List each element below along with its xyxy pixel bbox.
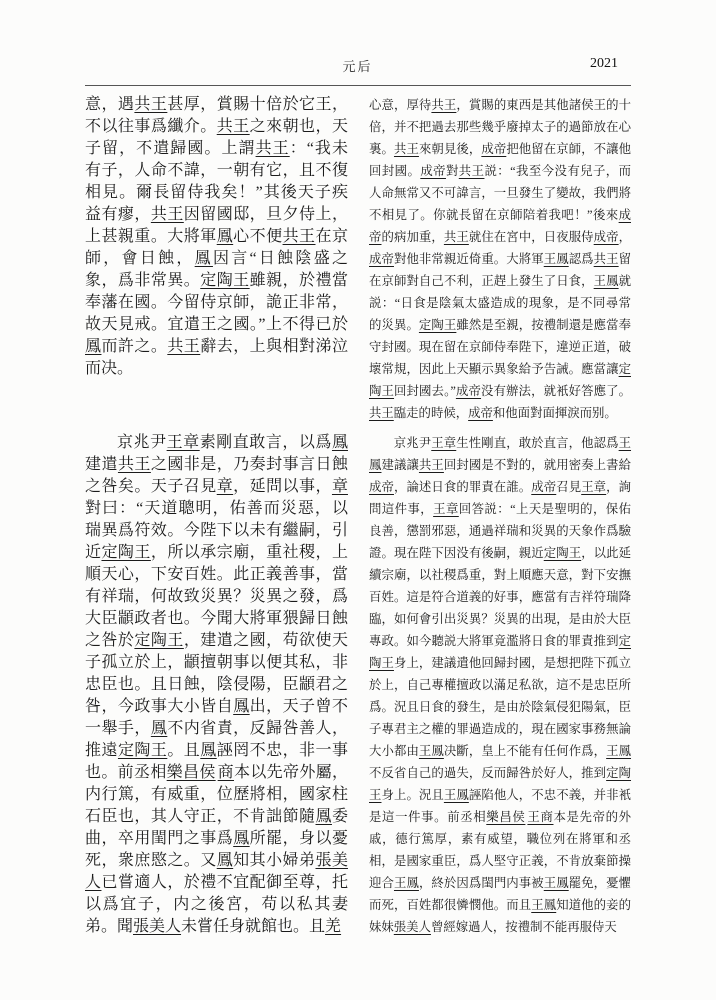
text-run: 臨走的時候，: [394, 406, 468, 420]
text-run: 對: [446, 164, 459, 178]
proper-noun-underlined: 王章: [433, 502, 459, 516]
proper-noun-underlined: 定陶王: [101, 544, 150, 561]
text-run: 京兆尹: [117, 434, 167, 451]
text-run: 對他非常親近倚重。大將軍: [394, 252, 544, 266]
text-run: 召見: [556, 480, 581, 494]
proper-noun-underlined: 章: [332, 478, 348, 495]
text-run: 回封國是不對的，就用密奏上書給: [444, 458, 631, 472]
proper-noun-underlined: 王商: [527, 810, 553, 824]
proper-noun-underlined: 張美人: [133, 918, 181, 935]
proper-noun-underlined: 成帝: [456, 384, 481, 398]
proper-noun-underlined: 共王: [369, 406, 394, 420]
text-run: 的病加重，: [381, 230, 443, 244]
text-run: 知其小婦弟: [233, 852, 315, 869]
text-run: 。且: [167, 742, 200, 759]
text-run: 回封國去。”: [394, 384, 456, 398]
text-run: 不反省自己的過失，反而歸咎於好人，推到: [369, 766, 606, 780]
proper-noun-underlined: 王章: [581, 480, 606, 494]
proper-noun-underlined: 王鳳: [531, 898, 556, 912]
proper-noun-underlined: 共王: [256, 140, 290, 157]
book-page: 元后 2021 意，遇共王甚厚，賞賜十倍於它王，不以往事爲纖介。共王之來朝也，天…: [0, 0, 716, 1000]
proper-noun-underlined: 共王: [217, 118, 250, 135]
page-number: 2021: [590, 56, 618, 72]
proper-noun-underlined: 共王: [459, 164, 485, 178]
proper-noun-underlined: 鳳: [233, 830, 249, 847]
proper-noun-underlined: 共王: [431, 98, 456, 112]
proper-noun-underlined: 王鳳: [606, 744, 631, 758]
proper-noun-underlined: 王鳳: [544, 876, 569, 890]
proper-noun-underlined: 共王: [444, 230, 469, 244]
two-column-text-body: 意，遇共王甚厚，賞賜十倍於它王，不以往事爲纖介。共王之來朝也，天子留，不遣歸國。…: [85, 94, 631, 938]
proper-noun-underlined: 鳳: [151, 720, 167, 737]
text-run: 曾經嫁過人，按禮制不能再服侍天: [431, 920, 617, 934]
proper-noun-underlined: 商: [218, 764, 234, 781]
header-rule: [85, 85, 631, 86]
proper-noun-underlined: 鳳: [195, 250, 213, 267]
proper-noun-underlined: 共王: [134, 96, 167, 113]
proper-noun-underlined: 王章: [431, 436, 456, 450]
text-run: 没有辦法，就衹好答應了。: [481, 384, 631, 398]
translation-paragraph-2: 京兆尹王章生性剛直，敢於直言，他認爲王鳳建議讓共王回封國是不對的，就用密奏上書給…: [369, 432, 631, 938]
proper-noun-underlined: 共王: [167, 338, 200, 355]
text-run: 意，遇: [85, 96, 134, 113]
proper-noun-underlined: 共王: [394, 142, 419, 156]
proper-noun-underlined: 共王: [118, 456, 151, 473]
proper-noun-underlined: 王章: [167, 434, 200, 451]
proper-noun-underlined: 章: [217, 478, 233, 495]
page-header: 元后 2021: [85, 56, 630, 78]
proper-noun-underlined: 王鳳: [594, 274, 619, 288]
text-run: 生性剛直，敢於直言，他認爲: [456, 436, 618, 450]
text-run: 和他面對面揮淚而别。: [493, 406, 617, 420]
classical-paragraph-1: 意，遇共王甚厚，賞賜十倍於它王，不以往事爲纖介。共王之來朝也，天子留，不遣歸國。…: [85, 94, 348, 424]
text-run: ，終於因爲閨門内事被: [419, 876, 544, 890]
text-run: 認爲: [569, 252, 594, 266]
text-run: ，論述日食的罪責在誰。: [394, 480, 531, 494]
proper-noun-underlined: 羌: [325, 918, 341, 935]
proper-noun-underlined: 共王: [151, 206, 184, 223]
classical-paragraph-2: 京兆尹王章素剛直敢言，以爲鳳建遣共王之國非是，乃奏封事言日蝕之咎矣。天子召見章，…: [85, 432, 348, 938]
proper-noun-underlined: 定陶王: [200, 272, 249, 289]
text-run: 建遣: [85, 456, 118, 473]
proper-noun-underlined: 王鳳: [444, 788, 469, 802]
proper-noun-underlined: 樂昌侯: [486, 810, 525, 824]
proper-noun-underlined: 定陶王: [544, 546, 581, 560]
proper-noun-underlined: 鳳: [85, 338, 101, 355]
proper-noun-underlined: 王鳳: [394, 876, 419, 890]
proper-noun-underlined: 共王: [594, 252, 619, 266]
proper-noun-underlined: 定陶王: [134, 632, 183, 649]
proper-noun-underlined: 成帝: [594, 230, 619, 244]
text-run: ，以此延續宗廟，以社稷爲重，對上順應天意，對下安撫百姓。這是符合道義的好事，應當…: [369, 546, 631, 648]
proper-noun-underlined: 成帝: [468, 406, 493, 420]
proper-noun-underlined: 定陶王: [118, 742, 167, 759]
text-run: 身上，建議遣他回歸封國，是想把陛下孤立於上，自己專權擅政以滿足私欲，這不是忠臣所…: [369, 656, 631, 758]
proper-noun-underlined: 鳳: [233, 698, 249, 715]
text-run: 素剛直敢言，以爲: [200, 434, 332, 451]
text-run: 京兆尹: [394, 436, 431, 450]
text-run: ，: [619, 230, 631, 244]
text-run: ，延問以事，: [233, 478, 332, 495]
proper-noun-underlined: 成帝: [369, 480, 394, 494]
proper-noun-underlined: 成帝: [369, 252, 394, 266]
proper-noun-underlined: 成帝: [481, 142, 506, 156]
running-title: 元后: [85, 56, 630, 75]
proper-noun-underlined: 鳳: [217, 228, 233, 245]
text-run: 就住在宮中，日夜服侍: [469, 230, 594, 244]
proper-noun-underlined: 張美人: [394, 920, 431, 934]
translation-paragraph-1: 心意，厚待共王，賞賜的東西是其他諸侯王的十倍，并不把過去那些幾乎廢掉太子的過節放…: [369, 94, 631, 424]
text-run: 心不便: [233, 228, 282, 245]
proper-noun-underlined: 鳳: [200, 742, 216, 759]
text-run: 來朝見後，: [419, 142, 481, 156]
proper-noun-underlined: 王鳳: [544, 252, 569, 266]
proper-noun-underlined: 成帝: [420, 164, 446, 178]
text-run: 建議讓: [381, 458, 418, 472]
text-run: 未嘗任身就館也。且: [181, 918, 325, 935]
proper-noun-underlined: 共王: [419, 458, 444, 472]
text-run: 而許之。: [101, 338, 167, 355]
text-run: 心意，厚待: [369, 98, 431, 112]
proper-noun-underlined: 共王: [283, 228, 316, 245]
text-run: 决斷，皇上不能有任何作爲，: [444, 744, 606, 758]
proper-noun-underlined: 定陶王: [419, 318, 456, 332]
text-run: 身上。況且: [381, 788, 443, 802]
proper-noun-underlined: 鳳: [316, 808, 332, 825]
proper-noun-underlined: 鳳: [332, 434, 348, 451]
proper-noun-underlined: 樂昌侯: [167, 764, 216, 781]
proper-noun-underlined: 成帝: [531, 480, 556, 494]
proper-noun-underlined: 王鳳: [419, 744, 444, 758]
proper-noun-underlined: 鳳: [217, 852, 233, 869]
